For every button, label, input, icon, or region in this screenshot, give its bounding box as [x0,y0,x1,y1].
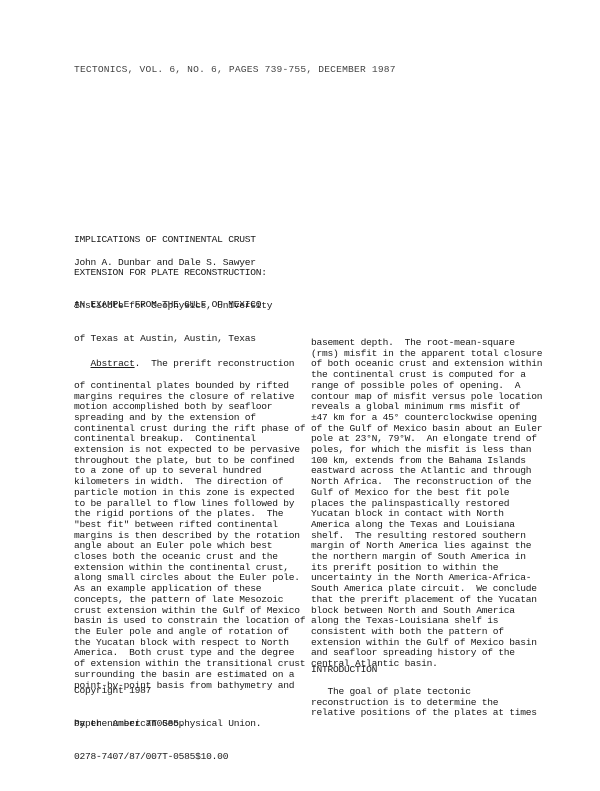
paper-number: Paper number 7T0585. 0278-7407/87/007T-0… [74,698,228,773]
introduction-line: relative positions of the plates at time… [311,708,537,719]
paper-number-line: Paper number 7T0585. [74,719,228,730]
section-heading-introduction: INTRODUCTION [311,665,377,676]
abstract-right-column: basement depth. The root-mean-square(rms… [311,338,542,670]
abstract-line: range of possible poles of opening. A [311,381,542,392]
journal-header: TECTONICS, VOL. 6, NO. 6, PAGES 739-755,… [74,64,396,75]
abstract-line: that the prerift placement of the Yucata… [311,595,542,606]
abstract-line: particle motion in this zone is expected [74,488,305,499]
affiliation-line: Institute for Geophysics, University [74,301,272,312]
abstract-line: Gulf of Mexico for the best fit pole [311,488,542,499]
copyright-line: Copyright 1987 [74,686,261,697]
abstract-line: concepts, the pattern of late Mesozoic [74,595,305,606]
abstract-first-line-text: . The prerift reconstruction [135,358,295,369]
abstract-left-column: Abstract. The prerift reconstruction of … [74,338,305,691]
abstract-line: of continental plates bounded by rifted [74,381,305,392]
abstract-label: Abstract [91,358,135,369]
authors: John A. Dunbar and Dale S. Sawyer [74,258,256,269]
abstract-first-line: Abstract. The prerift reconstruction [74,359,305,370]
title-line: IMPLICATIONS OF CONTINENTAL CRUST [74,235,267,246]
title-line: EXTENSION FOR PLATE RECONSTRUCTION: [74,268,267,279]
introduction-text: The goal of plate tectonicreconstruction… [311,687,537,719]
paper-number-line: 0278-7407/87/007T-0585$10.00 [74,752,228,763]
